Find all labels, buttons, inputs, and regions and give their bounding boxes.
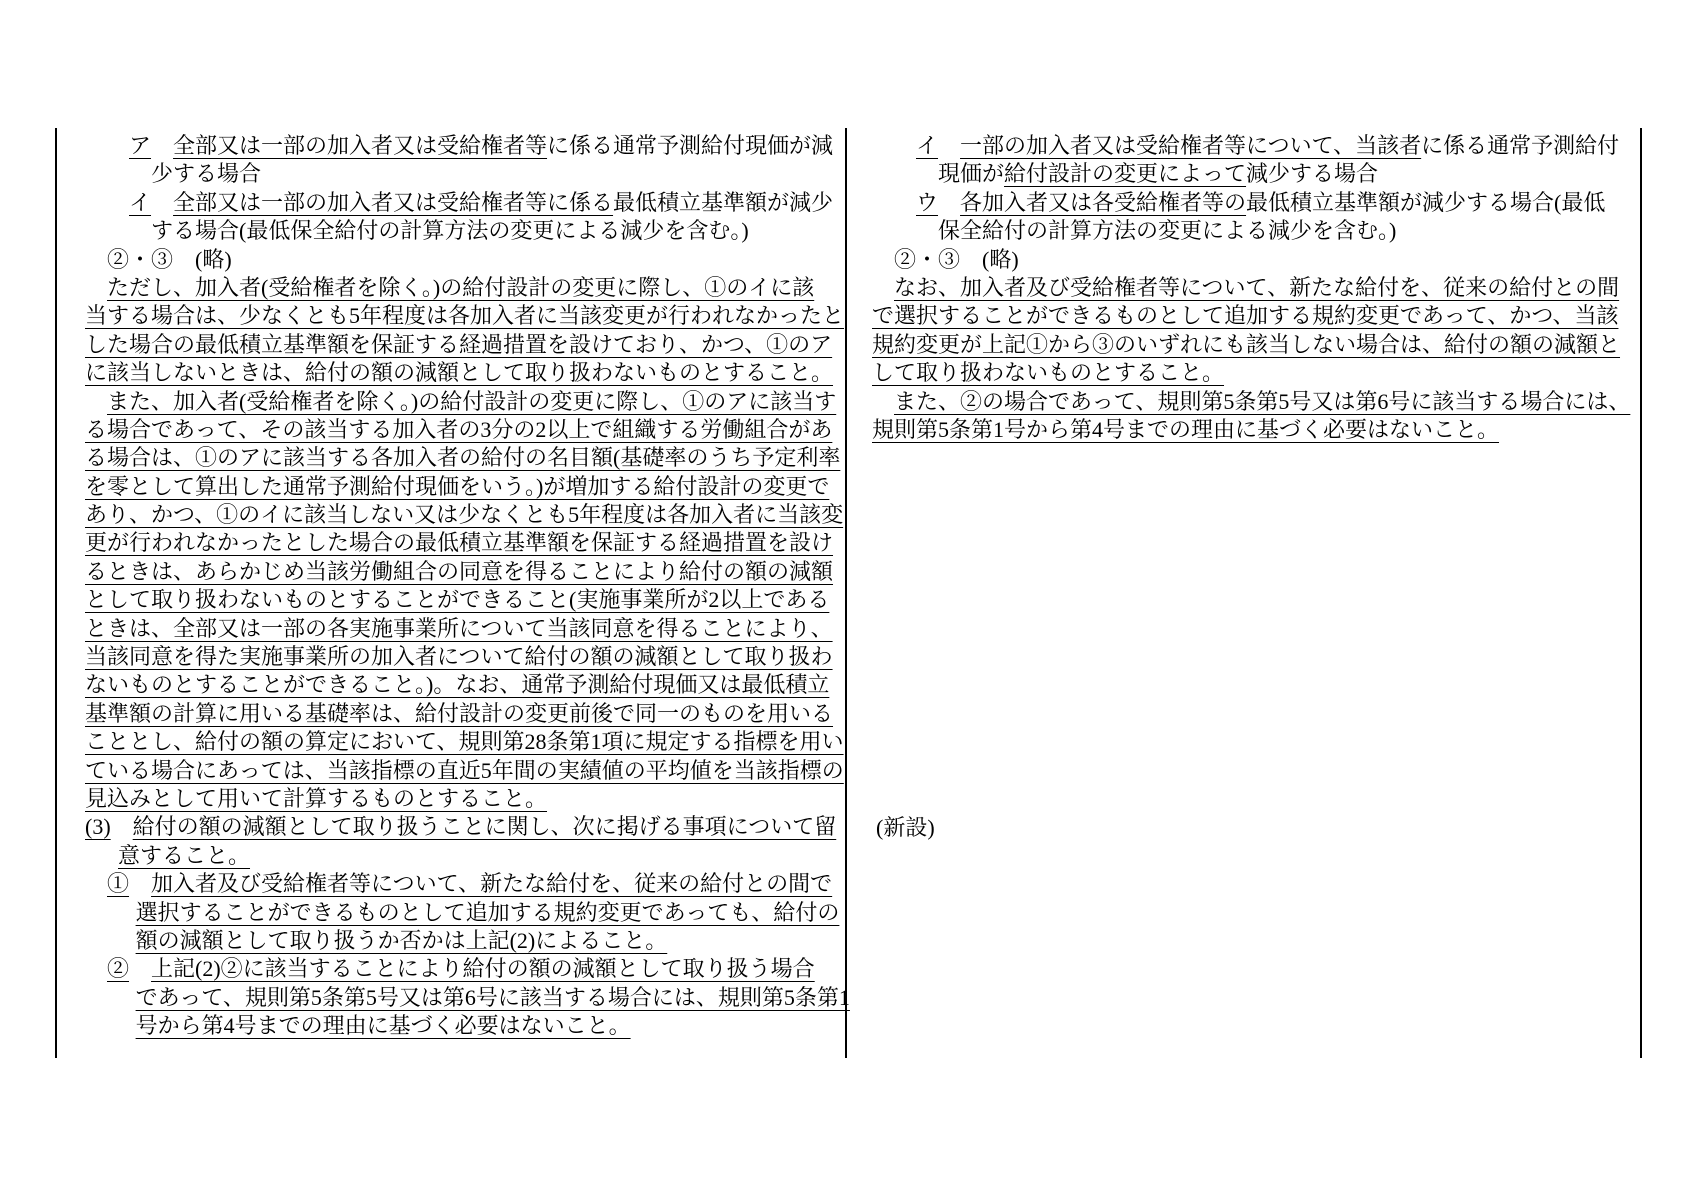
plain-text bbox=[938, 190, 960, 215]
underlined-revision-text: 当該同意を得た実施事業所の加入者について給付の額の減額として取り扱わ bbox=[85, 644, 833, 669]
underlined-revision-text: 選択することができるものとして追加する規約変更であっても、給付の bbox=[136, 900, 840, 925]
plain-text bbox=[111, 814, 133, 839]
underlined-revision-text: ア bbox=[129, 133, 151, 158]
underlined-revision-text: 給付設計の変更によって bbox=[1004, 161, 1246, 186]
text-line: として取り扱わないものとすることができること(実施事業所が2以上である bbox=[85, 586, 850, 614]
underlined-revision-text: 全部又は一部の加入者又は受給権者等に係る bbox=[173, 190, 613, 215]
underlined-revision-text: ている場合にあっては、当該指標の直近5年間の実績値の平均値を当該指標の bbox=[85, 758, 844, 783]
text-line: 保全給付の計算方法の変更による減少を含む。) bbox=[872, 217, 1642, 245]
underlined-revision-text: ただし、加入者(受給権者を除く。)の給付設計の変更に際し、①のイに該 bbox=[107, 275, 814, 300]
underlined-revision-text: あり、かつ、①のイに該当しない又は少なくとも5年程度は各加入者に当該変 bbox=[85, 502, 843, 527]
plain-text: 現価が bbox=[938, 161, 1004, 186]
plain-text bbox=[129, 956, 151, 981]
text-line: あり、かつ、①のイに該当しない又は少なくとも5年程度は各加入者に当該変 bbox=[85, 501, 850, 529]
text-line: るときは、あらかじめ当該労働組合の同意を得ることにより給付の額の減額 bbox=[85, 558, 850, 586]
underlined-revision-text: 規則第5条第1号から第4号までの理由に基づく必要はないこと。 bbox=[872, 417, 1499, 442]
underlined-revision-text: また、②の場合であって、規則第5条第5号又は第6号に該当する場合には、 bbox=[894, 389, 1630, 414]
underlined-revision-text: 意すること。 bbox=[118, 843, 250, 868]
underlined-revision-text: イ bbox=[129, 190, 151, 215]
text-line: イ 一部の加入者又は受給権者等について、当該者に係る通常予測給付 bbox=[872, 132, 1642, 160]
text-line: であって、規則第5条第5号又は第6号に該当する場合には、規則第5条第1 bbox=[85, 984, 850, 1012]
underlined-revision-text: した場合の最低積立基準額を保証する経過措置を設けており、かつ、①のア bbox=[85, 332, 832, 357]
plain-text: する場合(最低保全給付の計算方法の変更による減少を含む。) bbox=[151, 218, 749, 243]
underlined-revision-text: 額の減額として取り扱うか否かは上記(2)によること。 bbox=[136, 928, 668, 953]
plain-text: 最低積立基準額が減少 bbox=[613, 190, 833, 215]
plain-text: に係る通常予測給付 bbox=[1421, 133, 1619, 158]
plain-text: 減少する場合 bbox=[1246, 161, 1378, 186]
text-line: 見込みとして用いて計算するものとすること。 bbox=[85, 785, 850, 813]
underlined-revision-text: 当する場合は、少なくとも5年程度は各加入者に当該変更が行われなかったと bbox=[85, 303, 844, 328]
text-line: 選択することができるものとして追加する規約変更であっても、給付の bbox=[85, 899, 850, 927]
underlined-revision-text: 一部の加入者又は受給権者等について、当該者 bbox=[960, 133, 1421, 158]
underlined-revision-text: ① bbox=[107, 871, 129, 896]
plain-text bbox=[129, 871, 151, 896]
underlined-revision-text: として取り扱わないものとすることができること(実施事業所が2以上である bbox=[85, 587, 829, 612]
underlined-revision-text: 号から第4号までの理由に基づく必要はないこと。 bbox=[136, 1013, 631, 1038]
underlined-revision-text: ② bbox=[107, 956, 129, 981]
text-line: で選択することができるものとして追加する規約変更であって、かつ、当該 bbox=[872, 302, 1642, 330]
underlined-revision-text: ときは、全部又は一部の各実施事業所について当該同意を得ることにより、 bbox=[85, 616, 833, 641]
text-line: 意すること。 bbox=[85, 842, 850, 870]
text-line: ②・③ (略) bbox=[872, 246, 1642, 274]
plain-text bbox=[151, 190, 173, 215]
underlined-revision-text: 更が行われなかったとした場合の最低積立基準額を保証する経過措置を設け bbox=[85, 530, 833, 555]
underlined-revision-text: 見込みとして用いて計算するものとすること。 bbox=[85, 786, 547, 811]
underlined-revision-text: 給付の額の減額として取り扱うことに関し、次に掲げる事項について留 bbox=[133, 814, 837, 839]
plain-text bbox=[938, 133, 960, 158]
underlined-revision-text: に該当しないときは、給付の額の減額として取り扱わないものとすること。 bbox=[85, 360, 833, 385]
new-establishment-label: (新設) bbox=[876, 814, 935, 842]
text-line: 基準額の計算に用いる基礎率は、給付設計の変更前後で同一のものを用いる bbox=[85, 700, 850, 728]
underlined-revision-text: して取り扱わないものとすること。 bbox=[872, 360, 1224, 385]
underlined-revision-text: イ bbox=[916, 133, 938, 158]
text-line: る場合は、①のアに該当する各加入者の給付の名目額(基礎率のうち予定利率 bbox=[85, 444, 850, 472]
text-line: ② 上記(2)②に該当することにより給付の額の減額として取り扱う場合 bbox=[85, 955, 850, 983]
text-line: こととし、給付の額の算定において、規則第28条第1項に規定する指標を用い bbox=[85, 728, 850, 756]
text-line: 現価が給付設計の変更によって減少する場合 bbox=[872, 160, 1642, 188]
plain-text: 少する場合 bbox=[151, 161, 261, 186]
text-line: 当する場合は、少なくとも5年程度は各加入者に当該変更が行われなかったと bbox=[85, 302, 850, 330]
underlined-revision-text: こととし、給付の額の算定において、規則第28条第1項に規定する指標を用い bbox=[85, 729, 844, 754]
text-line: 少する場合 bbox=[85, 160, 850, 188]
text-line: 規則第5条第1号から第4号までの理由に基づく必要はないこと。 bbox=[872, 416, 1642, 444]
text-line: ないものとすることができること。)。なお、通常予測給付現価又は最低積立 bbox=[85, 671, 850, 699]
underlined-revision-text: 上記(2)②に該当することにより給付の額の減額として取り扱う場合 bbox=[151, 956, 815, 981]
text-line: 額の減額として取り扱うか否かは上記(2)によること。 bbox=[85, 927, 850, 955]
underlined-revision-text: ウ bbox=[916, 190, 938, 215]
text-line: ている場合にあっては、当該指標の直近5年間の実績値の平均値を当該指標の bbox=[85, 757, 850, 785]
text-line: る場合であって、その該当する加入者の3分の2以上で組織する労働組合があ bbox=[85, 416, 850, 444]
plain-text: ②・③ (略) bbox=[894, 247, 1019, 272]
text-line: ただし、加入者(受給権者を除く。)の給付設計の変更に際し、①のイに該 bbox=[85, 274, 850, 302]
text-line: 更が行われなかったとした場合の最低積立基準額を保証する経過措置を設け bbox=[85, 529, 850, 557]
underlined-revision-text: であって、規則第5条第5号又は第6号に該当する場合には、規則第5条第1 bbox=[136, 985, 850, 1010]
text-line: ときは、全部又は一部の各実施事業所について当該同意を得ることにより、 bbox=[85, 615, 850, 643]
underlined-revision-text: を零として算出した通常予測給付現価をいう。)が増加する給付設計の変更で bbox=[85, 474, 829, 499]
underlined-revision-text: (3) bbox=[85, 814, 111, 839]
table-border-left bbox=[55, 128, 57, 1058]
plain-text: ②・③ (略) bbox=[107, 247, 232, 272]
underlined-revision-text: で選択することができるものとして追加する規約変更であって、かつ、当該 bbox=[872, 303, 1618, 328]
underlined-revision-text: また、加入者(受給権者を除く。)の給付設計の変更に際し、①のアに該当す bbox=[107, 389, 836, 414]
underlined-revision-text: 規約変更が上記①から③のいずれにも該当しない場合は、給付の額の減額と bbox=[872, 332, 1620, 357]
text-line: ウ 各加入者又は各受給権者等の最低積立基準額が減少する場合(最低 bbox=[872, 189, 1642, 217]
text-line: を零として算出した通常予測給付現価をいう。)が増加する給付設計の変更で bbox=[85, 473, 850, 501]
text-line: して取り扱わないものとすること。 bbox=[872, 359, 1642, 387]
underlined-revision-text: るときは、あらかじめ当該労働組合の同意を得ることにより給付の額の減額 bbox=[85, 559, 833, 584]
text-line: (3) 給付の額の減額として取り扱うことに関し、次に掲げる事項について留 bbox=[85, 813, 850, 841]
plain-text bbox=[151, 133, 173, 158]
underlined-revision-text: なお、加入者及び受給権者等について、新たな給付を、従来の給付との間 bbox=[894, 275, 1619, 300]
underlined-revision-text: 各加入者又は各受給権者等の bbox=[960, 190, 1246, 215]
text-line: した場合の最低積立基準額を保証する経過措置を設けており、かつ、①のア bbox=[85, 331, 850, 359]
underlined-revision-text: る場合であって、その該当する加入者の3分の2以上で組織する労働組合があ bbox=[85, 417, 832, 442]
underlined-revision-text: 加入者及び受給権者等について、新たな給付を、従来の給付との間で bbox=[151, 871, 832, 896]
text-line: 当該同意を得た実施事業所の加入者について給付の額の減額として取り扱わ bbox=[85, 643, 850, 671]
text-line: なお、加入者及び受給権者等について、新たな給付を、従来の給付との間 bbox=[872, 274, 1642, 302]
text-line: イ 全部又は一部の加入者又は受給権者等に係る最低積立基準額が減少 bbox=[85, 189, 850, 217]
right-column-current-text: イ 一部の加入者又は受給権者等について、当該者に係る通常予測給付現価が給付設計の… bbox=[872, 132, 1642, 444]
text-line: ① 加入者及び受給権者等について、新たな給付を、従来の給付との間で bbox=[85, 870, 850, 898]
underlined-revision-text: 全部又は一部の加入者又は受給権者等 bbox=[173, 133, 547, 158]
text-line: また、加入者(受給権者を除く。)の給付設計の変更に際し、①のアに該当す bbox=[85, 388, 850, 416]
left-column-amended-text: ア 全部又は一部の加入者又は受給権者等に係る通常予測給付現価が減少する場合イ 全… bbox=[85, 132, 850, 1041]
text-line: に該当しないときは、給付の額の減額として取り扱わないものとすること。 bbox=[85, 359, 850, 387]
plain-text: に係る通常予測給付現価が減 bbox=[547, 133, 833, 158]
text-line: する場合(最低保全給付の計算方法の変更による減少を含む。) bbox=[85, 217, 850, 245]
text-line: 号から第4号までの理由に基づく必要はないこと。 bbox=[85, 1012, 850, 1040]
text-line: また、②の場合であって、規則第5条第5号又は第6号に該当する場合には、 bbox=[872, 388, 1642, 416]
plain-text: 最低積立基準額が減少する場合(最低 bbox=[1246, 190, 1605, 215]
text-line: 規約変更が上記①から③のいずれにも該当しない場合は、給付の額の減額と bbox=[872, 331, 1642, 359]
text-line: ア 全部又は一部の加入者又は受給権者等に係る通常予測給付現価が減 bbox=[85, 132, 850, 160]
plain-text: 保全給付の計算方法の変更による減少を含む。) bbox=[938, 218, 1396, 243]
text-line: ②・③ (略) bbox=[85, 246, 850, 274]
underlined-revision-text: 基準額の計算に用いる基礎率は、給付設計の変更前後で同一のものを用いる bbox=[85, 701, 833, 726]
underlined-revision-text: る場合は、①のアに該当する各加入者の給付の名目額(基礎率のうち予定利率 bbox=[85, 445, 840, 470]
underlined-revision-text: ないものとすることができること。)。なお、通常予測給付現価又は最低積立 bbox=[85, 672, 829, 697]
